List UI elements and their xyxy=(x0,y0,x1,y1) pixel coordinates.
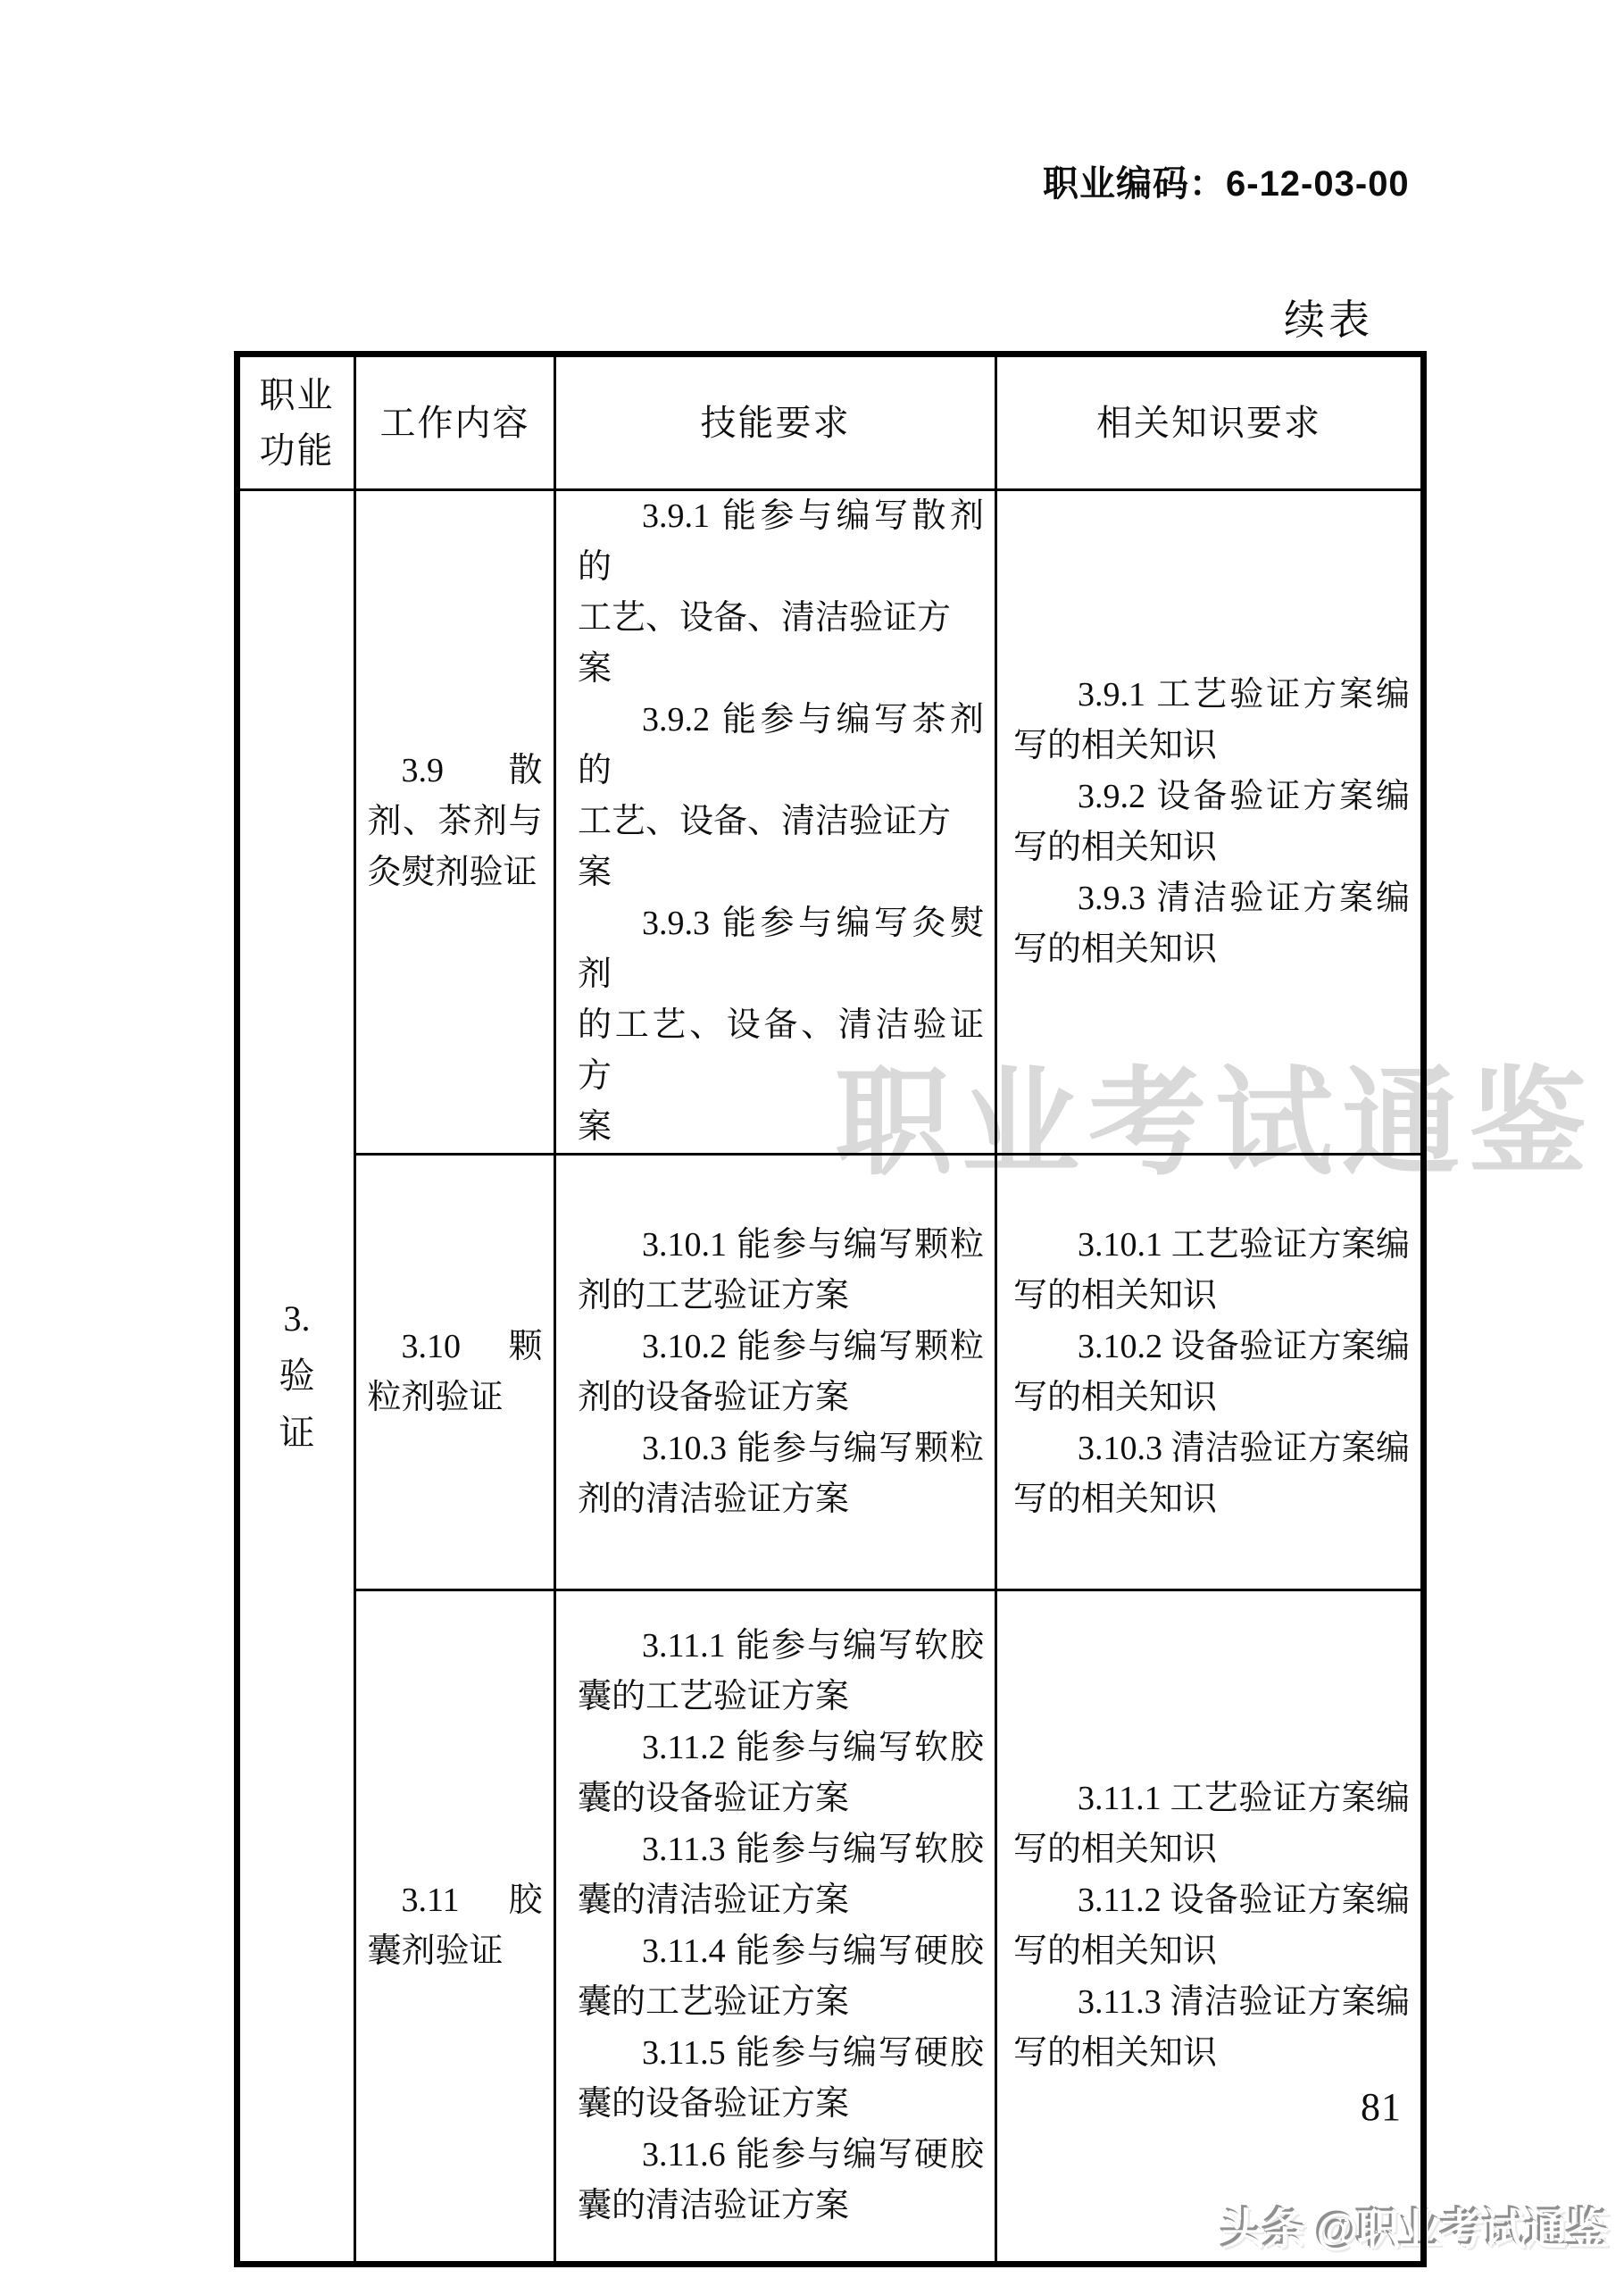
text-line: 3.10.1 工艺验证方案编 xyxy=(1013,1220,1410,1271)
text-line: 写的相关知识 xyxy=(1013,1824,1410,1875)
text-line: 3.9.2 设备验证方案编 xyxy=(1013,772,1410,822)
text-line: 囊的清洁验证方案 xyxy=(578,1875,984,1926)
text-line: 3.10.2 设备验证方案编 xyxy=(1013,1322,1410,1373)
text-line: 3.11.4 能参与编写硬胶 xyxy=(578,1926,984,1977)
text-line: 3.11 胶 xyxy=(368,1875,543,1926)
text-line: 囊剂验证 xyxy=(368,1926,543,1977)
text-line: 3.10 颗 xyxy=(368,1322,543,1373)
table-header-row: 职业 功能 工作内容 技能要求 相关知识要求 xyxy=(237,355,1424,490)
cell-work-content: 3.10 颗粒剂验证 xyxy=(355,1155,555,1590)
cell-skills: 3.10.1 能参与编写颗粒剂的工艺验证方案3.10.2 能参与编写颗粒剂的设备… xyxy=(555,1155,996,1590)
cell-knowledge: 3.9.1 工艺验证方案编写的相关知识3.9.2 设备验证方案编写的相关知识3.… xyxy=(996,490,1424,1155)
table-row: 3.10 颗粒剂验证 3.10.1 能参与编写颗粒剂的工艺验证方案3.10.2 … xyxy=(237,1155,1424,1590)
text-line: 写的相关知识 xyxy=(1013,1271,1410,1322)
text-line: 囊的工艺验证方案 xyxy=(578,1672,984,1723)
text-line: 3.9.2 能参与编写茶剂的 xyxy=(578,695,984,797)
text-line: 3.11.5 能参与编写硬胶 xyxy=(578,2028,984,2079)
continued-table-label: 续表 xyxy=(1284,288,1373,346)
text-line: 写的相关知识 xyxy=(1013,1373,1410,1423)
text-line: 囊的设备验证方案 xyxy=(578,1773,984,1824)
text-line: 3.11.3 清洁验证方案编 xyxy=(1013,1977,1410,2028)
text-line: 3.10.2 能参与编写颗粒 xyxy=(578,1322,984,1373)
text-line: 剂、茶剂与 xyxy=(368,797,543,847)
text-line: 剂的清洁验证方案 xyxy=(578,1474,984,1525)
text-line: 囊的清洁验证方案 xyxy=(578,2181,984,2232)
table-body: 3. 验 证 3.9 散剂、茶剂与灸熨剂验证 3.9.1 能参与编写散剂的工艺、… xyxy=(237,490,1424,2265)
occupation-standard-table: 职业 功能 工作内容 技能要求 相关知识要求 3. 验 证 3.9 散剂、茶剂与… xyxy=(234,351,1427,2267)
cell-occupation-function: 3. 验 证 xyxy=(237,490,355,2265)
text-line: 写的相关知识 xyxy=(1013,1926,1410,1977)
text-line: 3.11.1 工艺验证方案编 xyxy=(1013,1773,1410,1824)
text-line: 写的相关知识 xyxy=(1013,721,1410,772)
text-line: 写的相关知识 xyxy=(1013,924,1410,975)
text-line: 粒剂验证 xyxy=(368,1373,543,1423)
text-line: 剂的设备验证方案 xyxy=(578,1373,984,1423)
text-line: 3.9.1 能参与编写散剂的 xyxy=(578,491,984,593)
text-line: 3.9 散 xyxy=(368,746,543,797)
text-line: 3.9.3 清洁验证方案编 xyxy=(1013,873,1410,924)
text-line: 囊的设备验证方案 xyxy=(578,2079,984,2130)
cell-work-content: 3.11 胶囊剂验证 xyxy=(355,1590,555,2265)
text-line: 写的相关知识 xyxy=(1013,822,1410,873)
text-line: 3.10.3 能参与编写颗粒 xyxy=(578,1423,984,1474)
text-line: 写的相关知识 xyxy=(1013,1474,1410,1525)
text-line: 3.10.3 清洁验证方案编 xyxy=(1013,1423,1410,1474)
text-line: 3.11.3 能参与编写软胶 xyxy=(578,1824,984,1875)
text-line: 的工艺、设备、清洁验证方 xyxy=(578,1000,984,1102)
text-line: 3.9.3 能参与编写灸熨剂 xyxy=(578,898,984,1000)
header-work-content: 工作内容 xyxy=(355,355,555,490)
document-page: 职业编码：6-12-03-00 续表 职业考试通鉴 职业 功能 工作内容 技能要… xyxy=(0,0,1624,2278)
text-line: 案 xyxy=(578,1102,984,1153)
text-line: 3.11.1 能参与编写软胶 xyxy=(578,1621,984,1672)
text-line: 3.11.2 能参与编写软胶 xyxy=(578,1723,984,1773)
cell-knowledge: 3.10.1 工艺验证方案编写的相关知识3.10.2 设备验证方案编写的相关知识… xyxy=(996,1155,1424,1590)
header-occupation-function: 职业 功能 xyxy=(237,355,355,490)
text-line: 工艺、设备、清洁验证方案 xyxy=(578,593,984,695)
text-line: 3.11.2 设备验证方案编 xyxy=(1013,1875,1410,1926)
header-skill-requirements: 技能要求 xyxy=(555,355,996,490)
cell-skills: 3.9.1 能参与编写散剂的工艺、设备、清洁验证方案3.9.2 能参与编写茶剂的… xyxy=(555,490,996,1155)
text-line: 工艺、设备、清洁验证方案 xyxy=(578,797,984,898)
header-knowledge-requirements: 相关知识要求 xyxy=(996,355,1424,490)
text-line: 写的相关知识 xyxy=(1013,2028,1410,2079)
table-row: 3.11 胶囊剂验证 3.11.1 能参与编写软胶囊的工艺验证方案3.11.2 … xyxy=(237,1590,1424,2265)
text-line: 剂的工艺验证方案 xyxy=(578,1271,984,1322)
cell-knowledge: 3.11.1 工艺验证方案编写的相关知识3.11.2 设备验证方案编写的相关知识… xyxy=(996,1590,1424,2265)
cell-work-content: 3.9 散剂、茶剂与灸熨剂验证 xyxy=(355,490,555,1155)
table-row: 3. 验 证 3.9 散剂、茶剂与灸熨剂验证 3.9.1 能参与编写散剂的工艺、… xyxy=(237,490,1424,1155)
text-line: 3.10.1 能参与编写颗粒 xyxy=(578,1220,984,1271)
text-line: 3.9.1 工艺验证方案编 xyxy=(1013,670,1410,721)
occupation-code: 职业编码：6-12-03-00 xyxy=(1043,155,1410,206)
text-line: 囊的工艺验证方案 xyxy=(578,1977,984,2028)
text-line: 灸熨剂验证 xyxy=(368,847,543,898)
text-line: 3.11.6 能参与编写硬胶 xyxy=(578,2130,984,2181)
cell-skills: 3.11.1 能参与编写软胶囊的工艺验证方案3.11.2 能参与编写软胶囊的设备… xyxy=(555,1590,996,2265)
